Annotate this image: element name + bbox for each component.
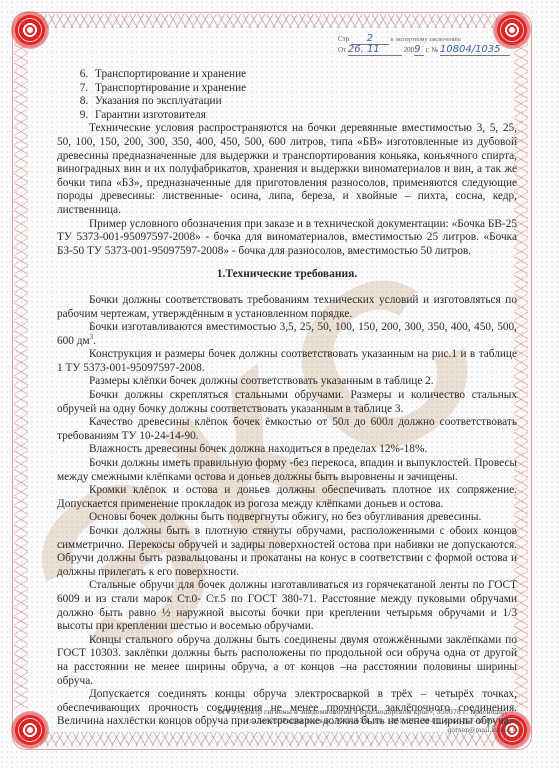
page-label: Стр	[338, 35, 349, 43]
paragraph: Размеры клёпки бочек должны соответствов…	[57, 375, 517, 389]
paragraph: Кромки клёпок и остова и доньев должны о…	[57, 484, 517, 511]
border-band-top	[40, 14, 500, 28]
section-heading: 1.Технические требования.	[57, 268, 517, 282]
document-page: ЭКС Стр 2 к экспертному заключению От 26…	[0, 0, 559, 768]
toc-item: Гарантии изготовителя	[91, 109, 517, 123]
paragraph: Влажность древесины бочек должна находит…	[57, 443, 517, 457]
paragraph: Бочки должны быть в плотную стянуты обру…	[57, 525, 517, 579]
paragraph-scope: Технические условия распространяются на …	[57, 122, 517, 217]
paragraph: Основы бочек должны быть подвергнуты обж…	[57, 511, 517, 525]
year-prefix: 200	[404, 46, 415, 54]
document-body: Транспортирование и хранение Транспортир…	[57, 68, 517, 729]
from-label: От	[338, 46, 346, 54]
paragraph: Концы стального обруча должны быть соеди…	[57, 634, 517, 688]
border-band-left	[14, 42, 28, 710]
rosette-icon	[12, 712, 48, 748]
year-handwritten: 9	[414, 45, 424, 56]
paragraph: Бочки должны соответствовать требованиям…	[57, 294, 517, 321]
footer-line-org: ФГУЗ «Центр гигиены и эпидемиологии в Кр…	[180, 708, 520, 717]
paragraph-designation-example: Пример условного обозначения при заказе …	[57, 218, 517, 259]
expert-conclusion-label: к экспертному заключению	[391, 37, 461, 43]
paragraph-volumes: Бочки изготавливаются вместимостью 3,5, …	[57, 321, 517, 348]
number-handwritten: 10804/1035	[440, 45, 510, 56]
paragraph: Бочки должны скрепляться стальными обруч…	[57, 389, 517, 416]
toc-item: Транспортирование и хранение	[91, 82, 517, 96]
footer-line-contacts: ул. Гоголя/Рашпилевская, 36/1/ /61/1, те…	[180, 717, 520, 735]
paragraph: Конструкция и размеры бочек должны соотв…	[57, 348, 517, 375]
date-handwritten: 26. 11	[348, 45, 402, 56]
table-of-contents: Транспортирование и хранение Транспортир…	[57, 68, 517, 122]
paragraph: Стальные обручи для бочек должны изготав…	[57, 579, 517, 633]
year-suffix: г. №	[426, 46, 438, 54]
reference-block: Стр 2 к экспертному заключению От 26. 11…	[338, 34, 510, 56]
paragraph: Бочки должны иметь правильную форму -без…	[57, 457, 517, 484]
toc-item: Указания по эксплуатации	[91, 95, 517, 109]
paragraph: Качество древесины клёпок бочек ёмкостью…	[57, 416, 517, 443]
organization-footer: ФГУЗ «Центр гигиены и эпидемиологии в Кр…	[180, 708, 520, 735]
rosette-icon	[12, 12, 48, 48]
toc-item: Транспортирование и хранение	[91, 68, 517, 82]
